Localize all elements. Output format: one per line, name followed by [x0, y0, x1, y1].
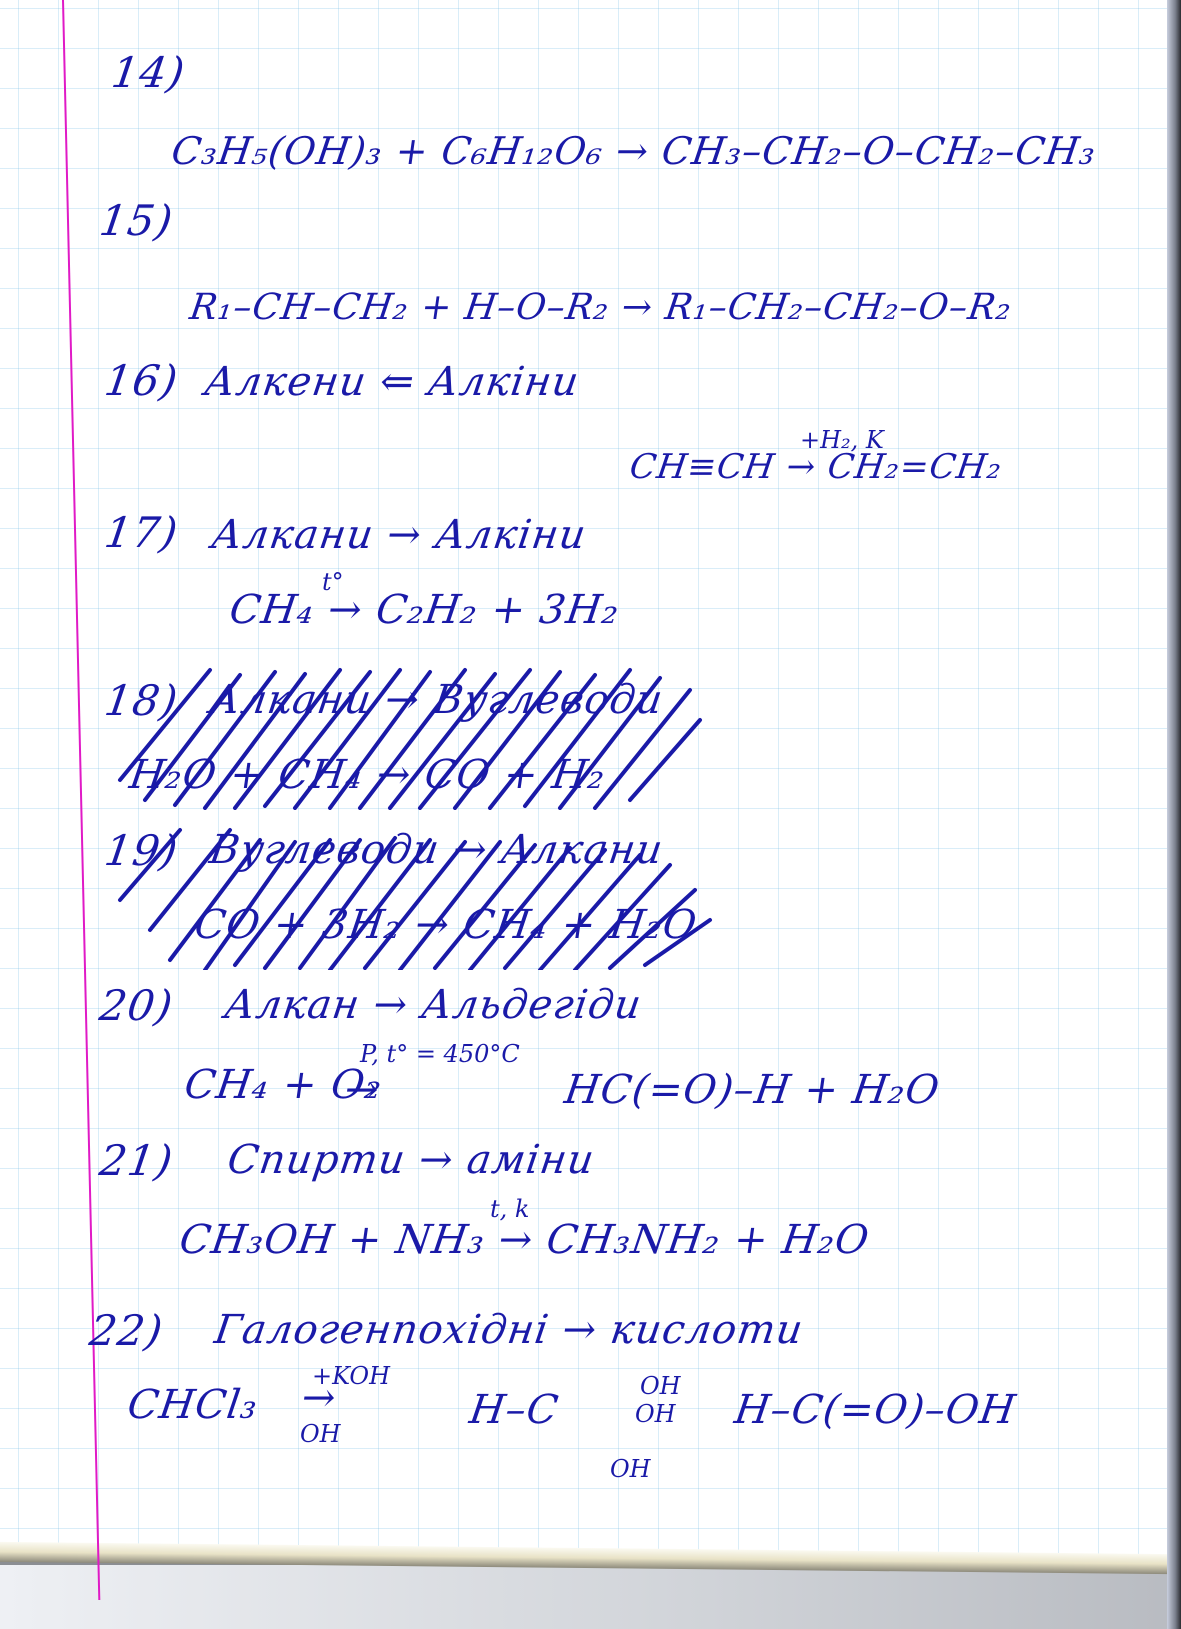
entry-title: Алкени ⇐ Алкіни	[202, 362, 582, 402]
entry-number: 16)	[102, 360, 181, 402]
entry-number: 20)	[97, 985, 176, 1027]
scan-right-edge	[1167, 0, 1181, 1629]
entry-title: Галогенпохідні → кислоти	[212, 1310, 806, 1350]
reaction-condition: t°	[322, 568, 344, 596]
intermediate-core: H–C	[467, 1390, 561, 1430]
entry-number: 17)	[102, 512, 181, 554]
reaction-condition: +H₂, K	[800, 426, 884, 454]
reaction-condition-below: OH	[300, 1420, 341, 1448]
intermediate-group-top: OH	[640, 1372, 681, 1400]
entry-number: 22)	[87, 1310, 166, 1352]
equation: CH≡CH → CH₂=CH₂	[628, 450, 1005, 484]
intermediate-group-middle: OH	[635, 1400, 676, 1428]
equation: C₃H₅(OH)₃ + C₆H₁₂O₆ → CH₃–CH₂–O–CH₂–CH₃	[169, 132, 1098, 170]
entry-number: 15)	[97, 200, 176, 242]
intermediate-group-bottom: OH	[610, 1455, 651, 1483]
scanner-background	[0, 1565, 1181, 1629]
equation-right: HC(=O)–H + H₂O	[562, 1070, 942, 1110]
strikethrough-scribble	[100, 660, 740, 810]
equation-right: H–C(=O)–OH	[732, 1390, 1018, 1430]
strikethrough-scribble	[110, 820, 730, 970]
equation: CH₃OH + NH₃ → CH₃NH₂ + H₂O	[177, 1220, 872, 1260]
entry-title: Алкани → Алкіни	[209, 515, 589, 555]
entry-title: Алкан → Альдегіди	[222, 985, 644, 1025]
reaction-condition: t, k	[490, 1195, 529, 1223]
reaction-condition: P, t° = 450°C	[360, 1040, 520, 1068]
entry-number: 14)	[109, 52, 188, 94]
entry-title: Спирти → аміни	[225, 1140, 597, 1180]
equation-left: CHCl₃	[125, 1385, 261, 1425]
entry-number: 21)	[97, 1140, 176, 1182]
equation: CH₄ → C₂H₂ + 3H₂	[227, 590, 622, 630]
equation: R₁–CH–CH₂ + H–O–R₂ → R₁–CH₂–CH₂–O–R₂	[187, 290, 1014, 326]
reaction-arrow: →	[299, 1378, 339, 1418]
reaction-arrow: →	[342, 1070, 382, 1110]
